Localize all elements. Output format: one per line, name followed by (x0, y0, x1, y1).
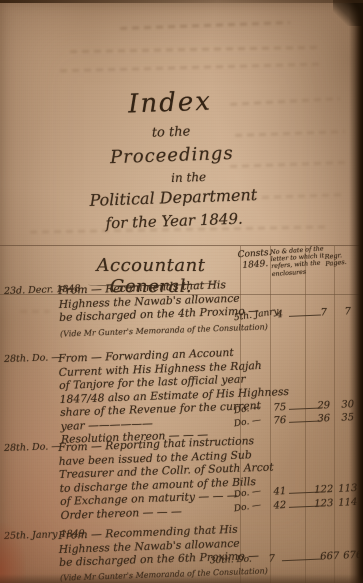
page-number-1: 36 (312, 413, 336, 425)
page-number-1: 7 (312, 307, 336, 319)
page-bottom-edge (0, 574, 363, 583)
book-spine-edge (349, 0, 363, 583)
bleed-through-line (20, 310, 50, 313)
consultation-number: 41 (270, 486, 290, 498)
fill-dash (282, 558, 322, 561)
title-line-proceedings: Proceedings (48, 141, 297, 171)
consultation-date: 30th. Do. (210, 554, 262, 566)
bleed-through-line (70, 46, 320, 53)
page-number-1: 123 (312, 498, 336, 510)
consultation-number: 75 (270, 402, 290, 414)
entry-date: 23d. Decr. 1848 (4, 284, 62, 297)
consultation-number: 76 (270, 415, 290, 427)
page-number-1: 122 (312, 484, 336, 496)
consultation-number: 42 (270, 500, 290, 512)
bleed-through-line (60, 63, 320, 73)
page-number-1: 667 (318, 551, 342, 563)
entry-date: 28th. Do. — (4, 352, 62, 365)
page-title: Index to the Proceedings in the Politica… (46, 84, 299, 235)
page-top-edge (0, 0, 363, 3)
title-line-to-the: to the (47, 121, 295, 145)
consultations-year: 1849. (237, 259, 274, 272)
reference-note-header: No & date of the letter to which it refe… (270, 245, 332, 278)
title-line-index: Index (46, 84, 295, 123)
dark-corner-top-right (333, 0, 363, 26)
manuscript-page: Index to the Proceedings in the Politica… (0, 0, 363, 583)
consultation-number: 7 (262, 553, 282, 565)
bleed-through-line (120, 21, 290, 30)
consultation-number: 4 (270, 309, 290, 321)
entry-date: 28th. Do. — (4, 441, 62, 454)
page-number-1: 29 (312, 400, 336, 412)
consultations-column-header: Consts. 1849. (236, 248, 273, 272)
